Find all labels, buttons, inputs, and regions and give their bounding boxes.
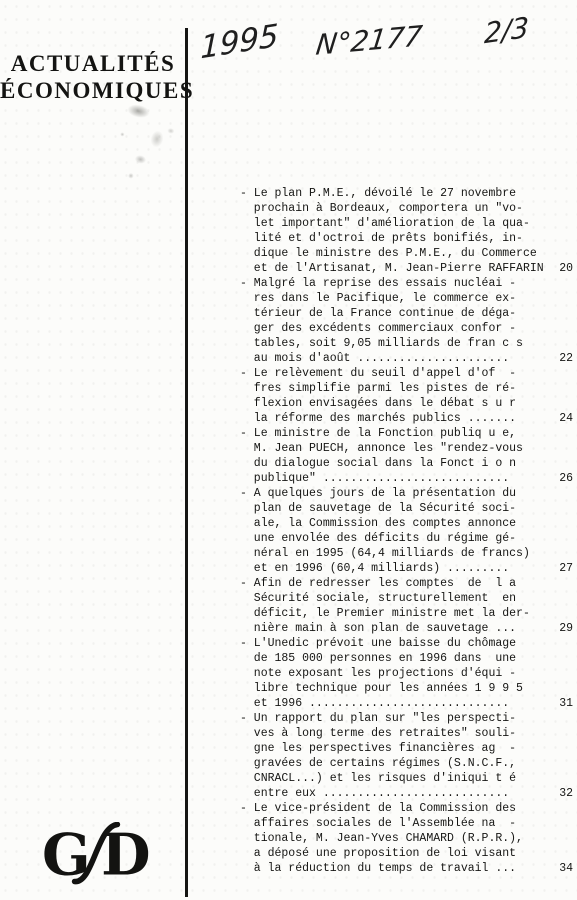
entry-page-number: 24 xyxy=(545,411,573,426)
entry-text: - Le relèvement du seuil d'appel d'of - … xyxy=(240,366,545,426)
entry-page-number: 27 xyxy=(545,561,573,576)
entry-page-number: 22 xyxy=(545,351,573,366)
entry-text: - Le plan P.M.E., dévoilé le 27 novembre… xyxy=(240,186,545,276)
entry-text: - Le ministre de la Fonction publiq u e,… xyxy=(240,426,545,486)
handwritten-page-fraction: 2/3 xyxy=(484,11,530,51)
toc-entry: - L'Unedic prévoit une baisse du chômage… xyxy=(240,636,573,711)
toc-entry: - Le plan P.M.E., dévoilé le 27 novembre… xyxy=(240,186,573,276)
toc-entry: - Le relèvement du seuil d'appel d'of - … xyxy=(240,366,573,426)
vertical-rule xyxy=(185,28,188,897)
entry-page-number: 34 xyxy=(545,861,573,876)
table-of-contents: - Le plan P.M.E., dévoilé le 27 novembre… xyxy=(240,186,573,876)
handwritten-issue-number: N°2177 xyxy=(314,19,424,62)
toc-entry: - Le ministre de la Fonction publiq u e,… xyxy=(240,426,573,486)
scanned-document-page: { "masthead": { "line1": "ACTUALITÉS", "… xyxy=(0,0,577,900)
entry-text: - A quelques jours de la présentation du… xyxy=(240,486,545,576)
toc-entry: - Malgré la reprise des essais nucléai -… xyxy=(240,276,573,366)
gd-monogram-logo: G D xyxy=(40,822,152,886)
entry-page-number: 31 xyxy=(545,696,573,711)
toc-entry: - Afin de redresser les comptes de l a S… xyxy=(240,576,573,636)
entry-text: - Afin de redresser les comptes de l a S… xyxy=(240,576,545,636)
handwritten-year: 1995 xyxy=(200,18,279,67)
entry-text: - Malgré la reprise des essais nucléai -… xyxy=(240,276,545,366)
toc-entry: - A quelques jours de la présentation du… xyxy=(240,486,573,576)
entry-text: - L'Unedic prévoit une baisse du chômage… xyxy=(240,636,545,711)
masthead-title: ACTUALITÉS ÉCONOMIQUES xyxy=(0,50,186,104)
entry-page-number: 29 xyxy=(545,621,573,636)
toc-entry: - Le vice-président de la Commission des… xyxy=(240,801,573,876)
entry-page-number: 26 xyxy=(545,471,573,486)
masthead-line1: ACTUALITÉS xyxy=(0,50,186,77)
entry-text: - Le vice-président de la Commission des… xyxy=(240,801,545,876)
masthead-line2: ÉCONOMIQUES xyxy=(0,77,186,104)
entry-page-number: 20 xyxy=(545,261,573,276)
entry-text: - Un rapport du plan sur "les perspecti-… xyxy=(240,711,545,801)
toc-entry: - Un rapport du plan sur "les perspecti-… xyxy=(240,711,573,801)
entry-page-number: 32 xyxy=(545,786,573,801)
